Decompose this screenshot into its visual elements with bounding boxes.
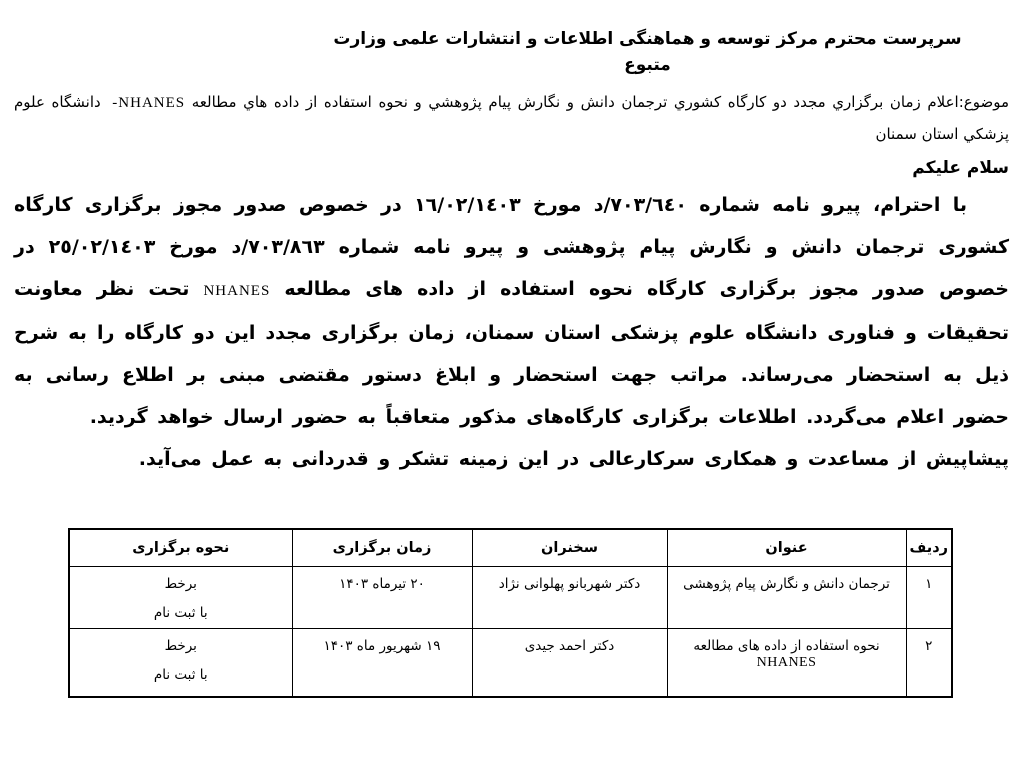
cell-title: ترجمان دانش و نگارش پیام پژوهشی xyxy=(667,567,906,629)
mode-line-1: برخط xyxy=(74,576,288,592)
col-header-speaker: سخنران xyxy=(472,529,667,567)
body-text-4: تحت نظر معاونت تحقیقات و فناوری دانشگاه … xyxy=(14,278,1009,428)
body-text-1: با احترام، پیرو نامه شماره xyxy=(699,194,967,216)
col-header-title: عنوان xyxy=(667,529,906,567)
table-row: ۱ ترجمان دانش و نگارش پیام پژوهشی دکتر ش… xyxy=(69,567,952,629)
col-header-row-number: ردیف xyxy=(906,529,952,567)
cell-date: ۱۹ شهریور ماه ۱۴۰۳ xyxy=(292,629,472,697)
col-header-date: زمان برگزاری xyxy=(292,529,472,567)
body-paragraph-1: با احترام، پیرو نامه شماره ٧٠٣/٦٤٠/د مور… xyxy=(14,184,1009,438)
cell-row-number: ۲ xyxy=(906,629,952,697)
cell-speaker: دکتر شهربانو پهلوانی نژاد xyxy=(472,567,667,629)
cell-speaker: دکتر احمد جیدی xyxy=(472,629,667,697)
table-row: ۲ نحوه استفاده از داده های مطالعه NHANES… xyxy=(69,629,952,697)
body-paragraph-2: پیشاپیش از مساعدت و همکاری سرکارعالی در … xyxy=(14,438,1009,480)
cell-title: نحوه استفاده از داده های مطالعه NHANES xyxy=(667,629,906,697)
letter-page: سرپرست محترم مرکز توسعه و هماهنگی اطلاعا… xyxy=(0,0,1023,779)
cell-row-number: ۱ xyxy=(906,567,952,629)
mode-line-2: با ثبت نام xyxy=(74,605,288,621)
workshops-table: ردیف عنوان سخنران زمان برگزاری نحوه برگز… xyxy=(68,528,953,698)
subject-text: موضوع:اعلام زمان برگزاري مجدد دو کارگاه … xyxy=(192,93,1009,111)
letter-ref-number-1: ٧٠٣/٦٤٠/د xyxy=(594,194,687,216)
mode-line-1: برخط xyxy=(74,638,288,654)
mode-line-2: با ثبت نام xyxy=(74,667,288,683)
cell-date: ۲۰ تیرماه ۱۴۰۳ xyxy=(292,567,472,629)
cell-mode: برخط با ثبت نام xyxy=(69,567,292,629)
table-header-row: ردیف عنوان سخنران زمان برگزاری نحوه برگز… xyxy=(69,529,952,567)
cell-mode: برخط با ثبت نام xyxy=(69,629,292,697)
subject-line: موضوع:اعلام زمان برگزاري مجدد دو کارگاه … xyxy=(14,87,1009,150)
letter-ref-number-2: ٧٠٣/٨٦٣/د xyxy=(231,236,324,258)
body-text-closing: پیشاپیش از مساعدت و همکاری سرکارعالی در … xyxy=(139,448,1009,470)
study-code-nhanes: NHANES xyxy=(203,283,270,299)
col-header-mode: نحوه برگزاری xyxy=(69,529,292,567)
recipient-line: سرپرست محترم مرکز توسعه و هماهنگی اطلاعا… xyxy=(14,26,1009,78)
cell-title-latin: NHANES xyxy=(757,655,817,670)
subject-study-code: NHANES- xyxy=(112,95,185,111)
salutation: سلام علیکم xyxy=(14,154,1009,182)
